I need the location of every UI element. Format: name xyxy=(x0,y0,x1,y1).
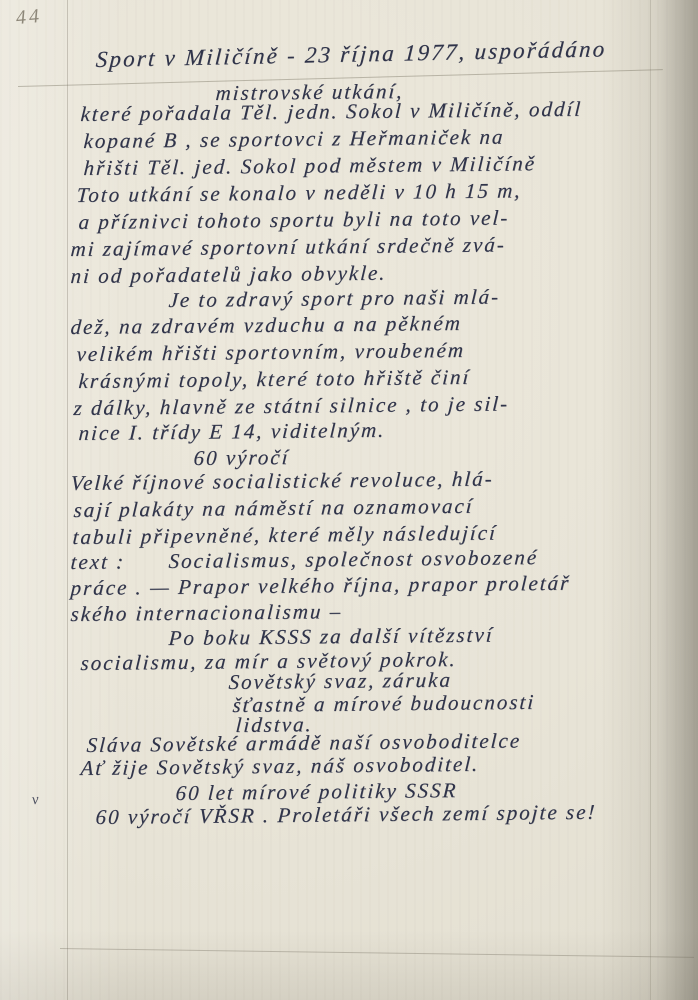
handwritten-line: kopané B , se sportovci z Heřmaniček na xyxy=(83,126,505,152)
handwritten-line: Velké říjnové socialistické revoluce, hl… xyxy=(70,468,494,494)
handwritten-line: krásnými topoly, které toto hřiště činí xyxy=(78,366,471,392)
handwritten-line: dež, na zdravém vzduchu a na pěkném xyxy=(70,312,463,338)
handwritten-line: velikém hřišti sportovním, vroubeném xyxy=(76,339,466,365)
handwritten-line: Sovětský svaz, záruka xyxy=(228,669,453,693)
handwritten-line: Ať žije Sovětský svaz, náš osvoboditel. xyxy=(80,753,480,779)
handwritten-line-heading: 60 výročí xyxy=(193,446,290,469)
handwritten-line: 60 let mírové politiky SSSR xyxy=(175,779,458,804)
handwritten-line: hřišti Těl. jed. Sokol pod městem v Mili… xyxy=(83,152,537,179)
handwritten-line: ni od pořadatelů jako obvykle. xyxy=(70,262,387,287)
handwritten-line: nice I. třídy E 14, viditelným. xyxy=(78,419,386,444)
page-number: 44 xyxy=(15,5,43,30)
handwritten-line: a příznivci tohoto sportu byli na toto v… xyxy=(78,206,510,233)
handwritten-line: ského internacionalismu – xyxy=(70,600,343,625)
handwritten-line-title: Sport v Miličíně - 23 října 1977, uspořá… xyxy=(95,37,607,72)
handwritten-line: které pořadala Těl. jedn. Sokol v Miličí… xyxy=(80,98,583,125)
handwritten-line: 60 výročí VŘSR . Proletáři všech zemí sp… xyxy=(95,801,597,828)
handwritten-line: sají plakáty na náměstí na oznamovací xyxy=(73,495,474,521)
right-margin-pencil-line xyxy=(650,0,651,1000)
handwritten-line: Po boku KSSS za další vítězství xyxy=(168,624,494,649)
handwritten-line: tabuli připevněné, které měly následujíc… xyxy=(72,522,498,549)
handwritten-line: práce . — Prapor velkého října, prapor p… xyxy=(70,572,571,599)
chronicle-scan-page: 44 v Sport v Miličíně - 23 října 1977, u… xyxy=(0,0,698,1000)
bottom-pencil-line xyxy=(60,948,694,958)
handwritten-line: Je to zdravý sport pro naši mlá- xyxy=(168,286,501,312)
margin-checkmark: v xyxy=(31,792,39,810)
handwritten-line: mi zajímavé sportovní utkání srdečně zvá… xyxy=(70,233,507,260)
handwritten-line: Toto utkání se konalo v neděli v 10 h 15… xyxy=(76,179,522,206)
handwritten-line: z dálky, hlavně ze státní silnice , to j… xyxy=(73,392,510,419)
handwritten-line: text : Socialismus, společnost osvobozen… xyxy=(70,546,539,573)
left-margin-pencil-line xyxy=(67,0,68,1000)
